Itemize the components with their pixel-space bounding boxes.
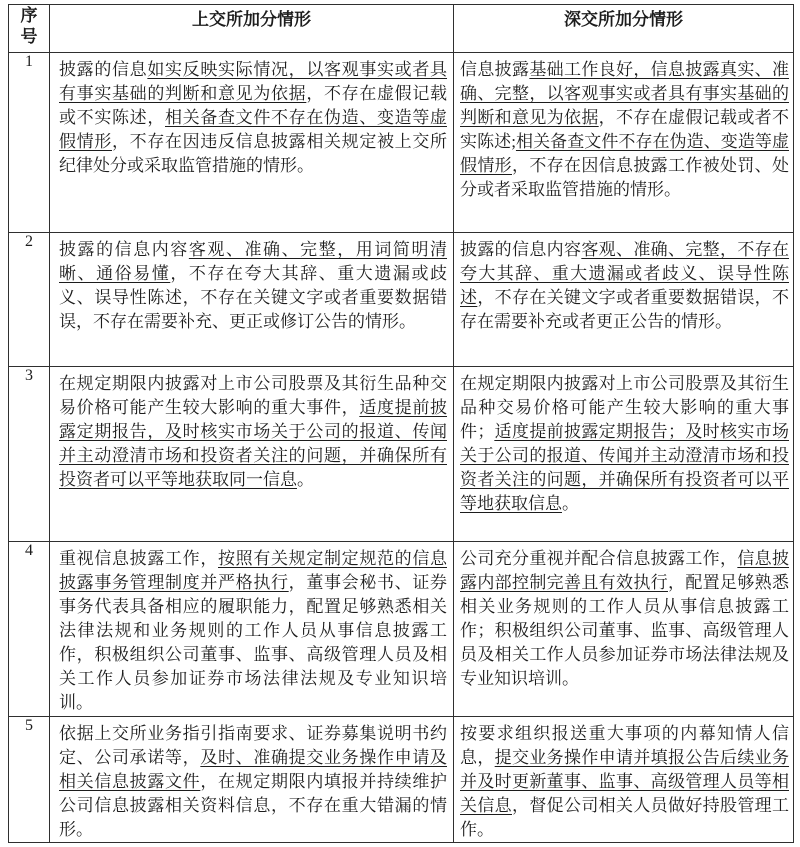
row-number: 2	[9, 233, 50, 367]
row-number: 1	[9, 53, 50, 233]
sse-criteria-cell: 依据上交所业务指引指南要求、证券募集说明书约定、公司承诺等，及时、准确提交业务操…	[50, 717, 454, 843]
row-number: 5	[9, 717, 50, 843]
szse-criteria-cell: 信息披露基础工作良好，信息披露真实、准确、完整，以客观事实或者具有事实基础的判断…	[454, 53, 794, 233]
row-number: 4	[9, 542, 50, 717]
text-segment: 披露的信息	[59, 60, 147, 79]
table-row: 5 依据上交所业务指引指南要求、证券募集说明书约定、公司承诺等，及时、准确提交业…	[9, 717, 794, 843]
row-number: 3	[9, 367, 50, 542]
bonus-criteria-table: 序号 上交所加分情形 深交所加分情形 1 披露的信息如实反映实际情况，以客观事实…	[8, 4, 794, 843]
sse-criteria-cell: 在规定期限内披露对上市公司股票及其衍生品种交易价格可能产生较大影响的重大事件，适…	[50, 367, 454, 542]
sse-criteria-cell: 重视信息披露工作，按照有关规定制定规范的信息披露事务管理制度并严格执行，董事会秘…	[50, 542, 454, 717]
header-sse: 上交所加分情形	[50, 5, 454, 53]
table-row: 4 重视信息披露工作，按照有关规定制定规范的信息披露事务管理制度并严格执行，董事…	[9, 542, 794, 717]
table-header-row: 序号 上交所加分情形 深交所加分情形	[9, 5, 794, 53]
text-segment: ，不存在因违反信息披露相关规定被上交所纪律处分或采取监管措施的情形。	[59, 132, 447, 175]
table-row: 3 在规定期限内披露对上市公司股票及其衍生品种交易价格可能产生较大影响的重大事件…	[9, 367, 794, 542]
text-segment: ，不存在关键文字或者重要数据错误，不存在需要补充或者更正公告的情形。	[460, 288, 789, 331]
text-segment: 公司充分重视并配合信息披露工作，	[460, 549, 737, 568]
text-segment: 。	[297, 470, 314, 489]
underlined-text-segment: 适度提前披露定期报告；及时核实市场关于公司的报道、传闻并主动澄清市场和投资者关注…	[460, 422, 789, 513]
sse-criteria-cell: 披露的信息如实反映实际情况，以客观事实或者具有事实基础的判断和意见为依据，不存在…	[50, 53, 454, 233]
szse-criteria-cell: 披露的信息内容客观、准确、完整，不存在夸大其辞、重大遗漏或者歧义、误导性陈述，不…	[454, 233, 794, 367]
text-segment: 披露的信息内容	[460, 240, 581, 259]
text-segment: ，董事会秘书、证券事务代表具备相应的履职能力，配置足够熟悉相关法律法规和业务规则…	[59, 573, 447, 712]
table-row: 1 披露的信息如实反映实际情况，以客观事实或者具有事实基础的判断和意见为依据，不…	[9, 53, 794, 233]
text-segment: 重视信息披露工作，	[59, 549, 218, 568]
szse-criteria-cell: 在规定期限内披露对上市公司股票及其衍生品种交易价格可能产生较大影响的重大事件；适…	[454, 367, 794, 542]
sse-criteria-cell: 披露的信息内容客观、准确、完整，用词简明清晰、通俗易懂，不存在夸大其辞、重大遗漏…	[50, 233, 454, 367]
text-segment: 信息披露	[460, 60, 529, 79]
table-row: 2 披露的信息内容客观、准确、完整，用词简明清晰、通俗易懂，不存在夸大其辞、重大…	[9, 233, 794, 367]
text-segment: 。	[562, 494, 579, 513]
szse-criteria-cell: 公司充分重视并配合信息披露工作，信息披露内部控制完善且有效执行，配置足够熟悉相关…	[454, 542, 794, 717]
header-seq-no-label: 序号	[20, 5, 38, 47]
szse-criteria-cell: 按要求组织报送重大事项的内幕知情人信息，提交业务操作申请并填报公告后续业务并及时…	[454, 717, 794, 843]
header-szse: 深交所加分情形	[454, 5, 794, 53]
document-page: 序号 上交所加分情形 深交所加分情形 1 披露的信息如实反映实际情况，以客观事实…	[0, 0, 800, 847]
header-seq-no: 序号	[9, 5, 50, 53]
text-segment: 披露的信息内容	[59, 240, 189, 259]
